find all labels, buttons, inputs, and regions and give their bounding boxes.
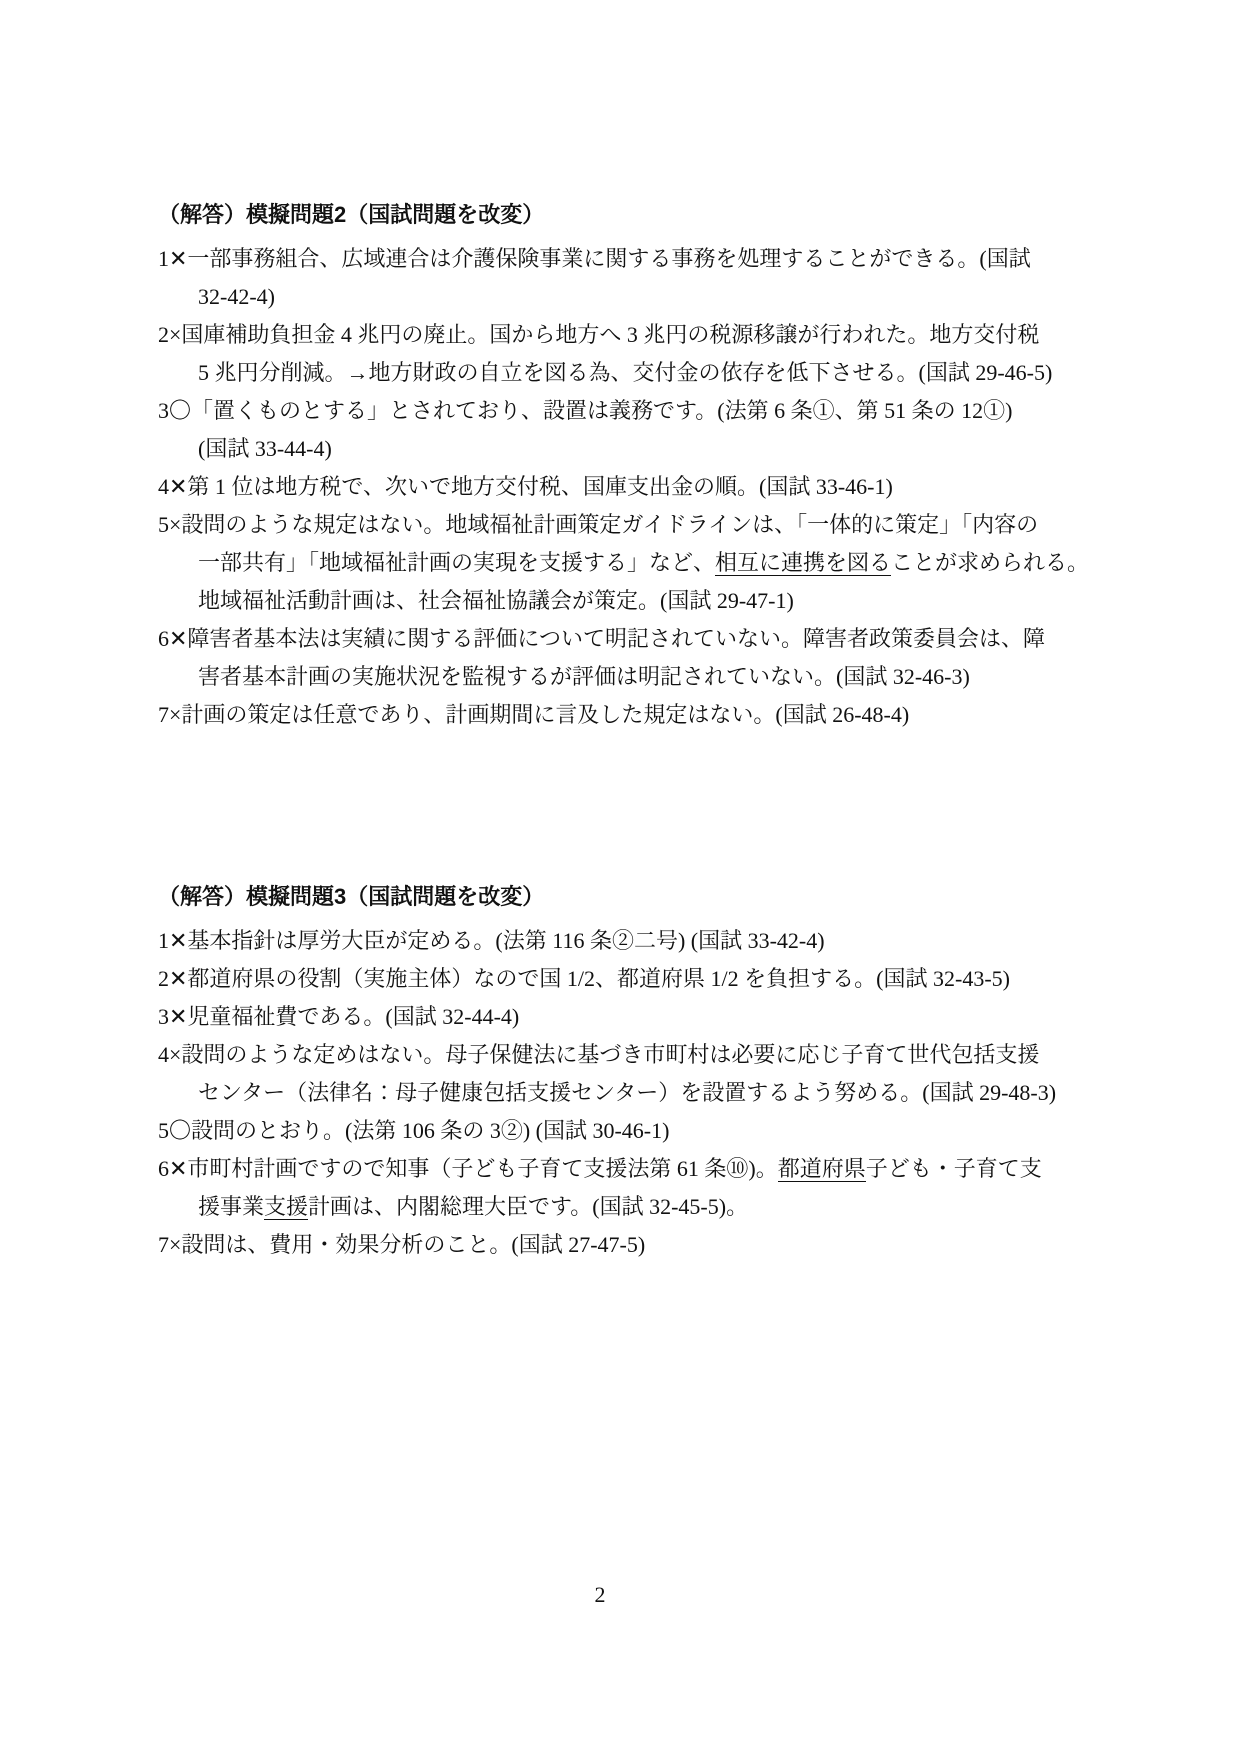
item-line: 6✕市町村計画ですので知事（子ども子育て支援法第 61 条⑩)。都道府県子ども・… [158, 1150, 1108, 1188]
text-segment: 計画は、内閣総理大臣です。(国試 32-45-5)。 [308, 1194, 748, 1219]
text-segment: 7×設問は、費用・効果分析のこと。(国試 27-47-5) [158, 1232, 645, 1257]
answer-item: 7×計画の策定は任意であり、計画期間に言及した規定はない。(国試 26-48-4… [158, 696, 1108, 734]
underlined-text: 都道府県 [778, 1156, 866, 1182]
text-segment: センター（法律名：母子健康包括支援センター）を設置するよう努める。(国試 29-… [198, 1080, 1056, 1105]
answer-item: 6✕市町村計画ですので知事（子ども子育て支援法第 61 条⑩)。都道府県子ども・… [158, 1150, 1108, 1226]
item-line: 2×国庫補助負担金 4 兆円の廃止。国から地方へ 3 兆円の税源移譲が行われた。… [158, 316, 1108, 354]
item-line: 6✕障害者基本法は実績に関する評価について明記されていない。障害者政策委員会は、… [158, 620, 1108, 658]
text-segment: 6✕障害者基本法は実績に関する評価について明記されていない。障害者政策委員会は、… [158, 626, 1045, 651]
answer-item: 7×設問は、費用・効果分析のこと。(国試 27-47-5) [158, 1226, 1108, 1264]
text-segment: 害者基本計画の実施状況を監視するが評価は明記されていない。(国試 32-46-3… [198, 664, 970, 689]
item-line-continuation: 地域福祉活動計画は、社会福祉協議会が策定。(国試 29-47-1) [158, 582, 1108, 620]
section-heading: （解答）模擬問題2（国試問題を改変） [158, 196, 1108, 234]
text-segment: 2✕都道府県の役割（実施主体）なので国 1/2、都道府県 1/2 を負担する。(… [158, 966, 1010, 991]
answer-item: 4×設問のような定めはない。母子保健法に基づき市町村は必要に応じ子育て世代包括支… [158, 1036, 1108, 1112]
text-segment: 2×国庫補助負担金 4 兆円の廃止。国から地方へ 3 兆円の税源移譲が行われた。… [158, 322, 1039, 347]
item-line: 5×設問のような規定はない。地域福祉計画策定ガイドラインは、「一体的に策定」「内… [158, 506, 1108, 544]
answer-item: 3〇「置くものとする」とされており、設置は義務です。(法第 6 条①、第 51 … [158, 392, 1108, 468]
text-segment: 5 兆円分削減。→地方財政の自立を図る為、交付金の依存を低下させる。(国試 29… [198, 360, 1052, 385]
section-heading: （解答）模擬問題3（国試問題を改変） [158, 878, 1108, 916]
answer-item: 1✕基本指針は厚労大臣が定める。(法第 116 条②二号) (国試 33-42-… [158, 922, 1108, 960]
answer-section-2: （解答）模擬問題3（国試問題を改変）1✕基本指針は厚労大臣が定める。(法第 11… [158, 878, 1108, 1264]
answer-item: 2×国庫補助負担金 4 兆円の廃止。国から地方へ 3 兆円の税源移譲が行われた。… [158, 316, 1108, 392]
item-line: 7×設問は、費用・効果分析のこと。(国試 27-47-5) [158, 1226, 1108, 1264]
text-segment: (国試 33-44-4) [198, 436, 332, 461]
item-line-continuation: 一部共有」「地域福祉計画の実現を支援する」など、相互に連携を図ることが求められる… [158, 544, 1108, 582]
text-segment: 1✕基本指針は厚労大臣が定める。(法第 116 条②二号) (国試 33-42-… [158, 928, 825, 953]
text-segment: 6✕市町村計画ですので知事（子ども子育て支援法第 61 条⑩)。 [158, 1156, 778, 1181]
underlined-text: 相互に連携を図る [715, 550, 891, 576]
answer-section-1: （解答）模擬問題2（国試問題を改変）1✕一部事務組合、広域連合は介護保険事業に関… [158, 196, 1108, 734]
item-line: 1✕一部事務組合、広域連合は介護保険事業に関する事務を処理することができる。(国… [158, 240, 1108, 278]
text-segment: 3〇「置くものとする」とされており、設置は義務です。(法第 6 条①、第 51 … [158, 398, 1012, 423]
text-segment: 7×計画の策定は任意であり、計画期間に言及した規定はない。(国試 26-48-4… [158, 702, 909, 727]
page-number: 2 [0, 1580, 1200, 1610]
answer-item: 5×設問のような規定はない。地域福祉計画策定ガイドラインは、「一体的に策定」「内… [158, 506, 1108, 620]
text-segment: 一部共有」「地域福祉計画の実現を支援する」など、 [198, 550, 715, 575]
text-segment: 援事業 [198, 1194, 264, 1219]
text-segment: 5〇設問のとおり。(法第 106 条の 3②) (国試 30-46-1) [158, 1118, 669, 1143]
item-line-continuation: 32-42-4) [158, 278, 1108, 316]
item-line-continuation: 援事業支援計画は、内閣総理大臣です。(国試 32-45-5)。 [158, 1188, 1108, 1226]
text-segment: 3✕児童福祉費である。(国試 32-44-4) [158, 1004, 519, 1029]
text-segment: 4✕第 1 位は地方税で、次いで地方交付税、国庫支出金の順。(国試 33-46-… [158, 474, 893, 499]
text-segment: ことが求められる。 [891, 550, 1089, 575]
answer-item: 3✕児童福祉費である。(国試 32-44-4) [158, 998, 1108, 1036]
item-line: 2✕都道府県の役割（実施主体）なので国 1/2、都道府県 1/2 を負担する。(… [158, 960, 1108, 998]
item-line-continuation: 5 兆円分削減。→地方財政の自立を図る為、交付金の依存を低下させる。(国試 29… [158, 354, 1108, 392]
text-segment: 子ども・子育て支 [866, 1156, 1042, 1181]
item-line: 3〇「置くものとする」とされており、設置は義務です。(法第 6 条①、第 51 … [158, 392, 1108, 430]
item-line: 3✕児童福祉費である。(国試 32-44-4) [158, 998, 1108, 1036]
answer-item: 2✕都道府県の役割（実施主体）なので国 1/2、都道府県 1/2 を負担する。(… [158, 960, 1108, 998]
item-line: 4✕第 1 位は地方税で、次いで地方交付税、国庫支出金の順。(国試 33-46-… [158, 468, 1108, 506]
underlined-text: 支援 [264, 1194, 308, 1220]
item-line: 1✕基本指針は厚労大臣が定める。(法第 116 条②二号) (国試 33-42-… [158, 922, 1108, 960]
answer-item: 1✕一部事務組合、広域連合は介護保険事業に関する事務を処理することができる。(国… [158, 240, 1108, 316]
text-segment: 1✕一部事務組合、広域連合は介護保険事業に関する事務を処理することができる。(国… [158, 246, 1031, 271]
document-page: （解答）模擬問題2（国試問題を改変）1✕一部事務組合、広域連合は介護保険事業に関… [0, 0, 1240, 1754]
answer-item: 4✕第 1 位は地方税で、次いで地方交付税、国庫支出金の順。(国試 33-46-… [158, 468, 1108, 506]
item-line-continuation: センター（法律名：母子健康包括支援センター）を設置するよう努める。(国試 29-… [158, 1074, 1108, 1112]
document-content: （解答）模擬問題2（国試問題を改変）1✕一部事務組合、広域連合は介護保険事業に関… [158, 196, 1108, 1264]
answer-item: 5〇設問のとおり。(法第 106 条の 3②) (国試 30-46-1) [158, 1112, 1108, 1150]
item-line: 5〇設問のとおり。(法第 106 条の 3②) (国試 30-46-1) [158, 1112, 1108, 1150]
answer-item: 6✕障害者基本法は実績に関する評価について明記されていない。障害者政策委員会は、… [158, 620, 1108, 696]
text-segment: 4×設問のような定めはない。母子保健法に基づき市町村は必要に応じ子育て世代包括支… [158, 1042, 1039, 1067]
item-line: 4×設問のような定めはない。母子保健法に基づき市町村は必要に応じ子育て世代包括支… [158, 1036, 1108, 1074]
item-line: 7×計画の策定は任意であり、計画期間に言及した規定はない。(国試 26-48-4… [158, 696, 1108, 734]
item-line-continuation: 害者基本計画の実施状況を監視するが評価は明記されていない。(国試 32-46-3… [158, 658, 1108, 696]
text-segment: 地域福祉活動計画は、社会福祉協議会が策定。(国試 29-47-1) [198, 588, 794, 613]
text-segment: 32-42-4) [198, 284, 275, 309]
item-line-continuation: (国試 33-44-4) [158, 430, 1108, 468]
text-segment: 5×設問のような規定はない。地域福祉計画策定ガイドラインは、「一体的に策定」「内… [158, 512, 1038, 537]
